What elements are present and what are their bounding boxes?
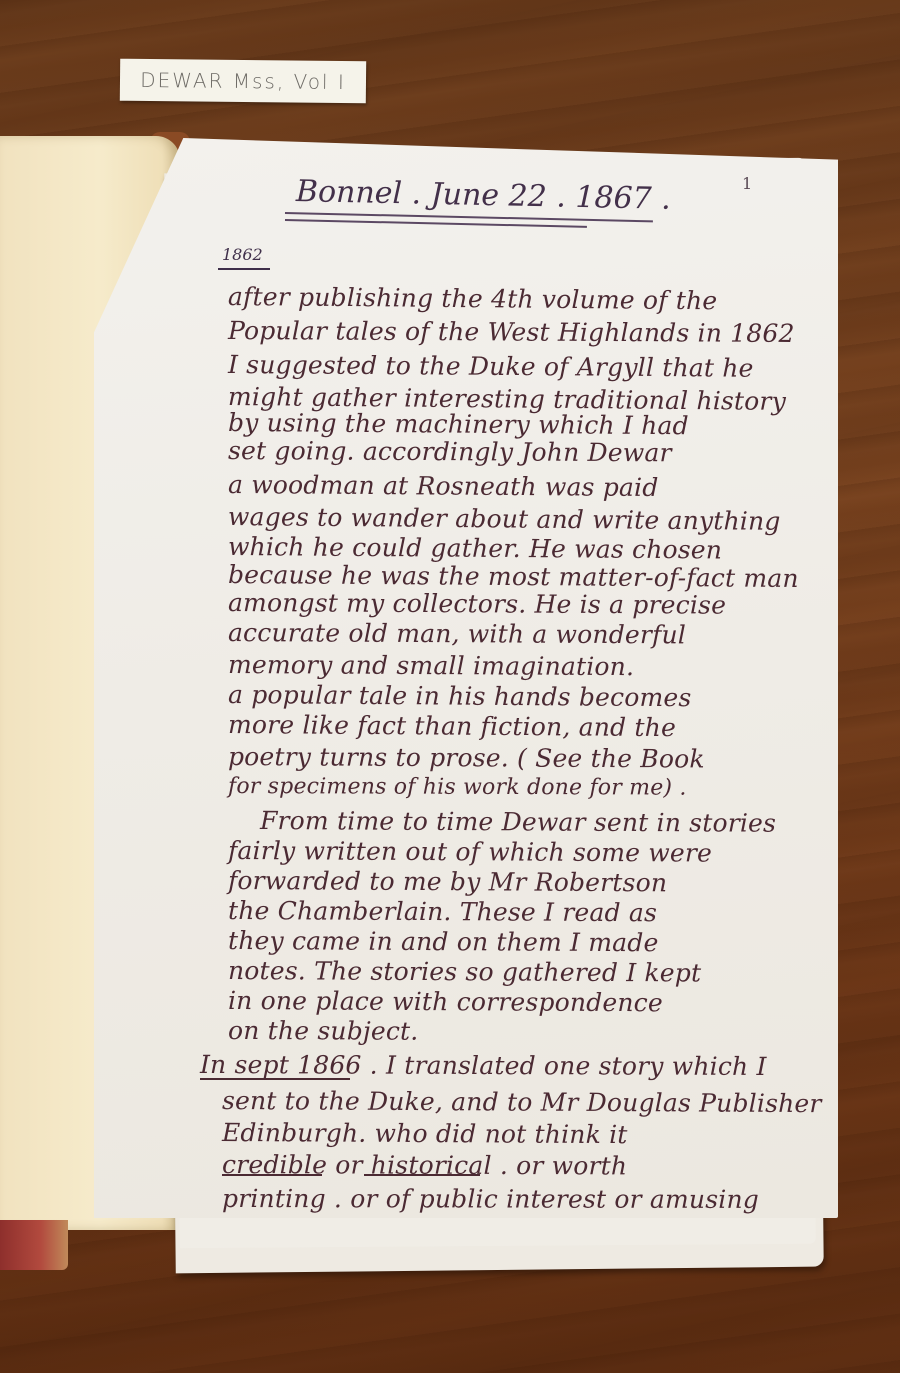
manuscript-line: a woodman at Rosneath was paid — [228, 470, 659, 502]
manuscript-line: notes. The stories so gathered I kept — [228, 956, 701, 987]
manuscript-line: after publishing the 4th volume of the — [228, 282, 718, 315]
manuscript-line: the Chamberlain. These I read as — [228, 896, 657, 927]
manuscript-line: printing . or of public interest or amus… — [222, 1184, 759, 1214]
manuscript-line: I suggested to the Duke of Argyll that h… — [228, 350, 754, 383]
manuscript-line: set going. accordingly John Dewar — [228, 436, 672, 467]
manuscript-line: sent to the Duke, and to Mr Douglas Publ… — [222, 1086, 822, 1118]
margin-year: 1862 — [222, 245, 263, 264]
manuscript-line: In sept 1866 . I translated one story wh… — [200, 1050, 767, 1081]
manuscript-line: amongst my collectors. He is a precise — [228, 588, 726, 620]
archive-label-slip: DEWAR Mss, Vol I — [120, 59, 366, 104]
manuscript-line: wages to wander about and write anything — [228, 502, 781, 536]
manuscript-line: fairly written out of which some were — [228, 836, 712, 868]
margin-year-underline — [218, 268, 270, 270]
manuscript-line: Popular tales of the West Highlands in 1… — [228, 316, 795, 348]
credible-underline — [222, 1174, 322, 1176]
manuscript-line: on the subject. — [228, 1016, 419, 1046]
page-number: 1 — [742, 174, 752, 193]
manuscript-line: poetry turns to prose. ( See the Book — [228, 742, 705, 773]
manuscript-line: for specimens of his work done for me) . — [228, 774, 687, 801]
manuscript-line: in one place with correspondence — [228, 986, 663, 1017]
historical-underline — [364, 1174, 480, 1176]
manuscript-line: a popular tale in his hands becomes — [228, 680, 692, 712]
manuscript-line: forwarded to me by Mr Robertson — [228, 866, 667, 897]
manuscript-line: From time to time Dewar sent in stories — [260, 806, 776, 838]
archive-label-text: DEWAR Mss, Vol I — [140, 68, 346, 94]
manuscript-line: memory and small imagination. — [228, 650, 634, 681]
date-underline — [200, 1078, 350, 1080]
manuscript-line: they came in and on them I made — [228, 926, 659, 957]
book-spine-corner — [0, 1220, 68, 1270]
manuscript-line: accurate old man, with a wonderful — [228, 618, 686, 649]
manuscript-line: Edinburgh. who did not think it — [222, 1118, 628, 1149]
manuscript-line: credible or historical . or worth — [222, 1150, 627, 1180]
manuscript-line: more like fact than fiction, and the — [228, 710, 676, 742]
